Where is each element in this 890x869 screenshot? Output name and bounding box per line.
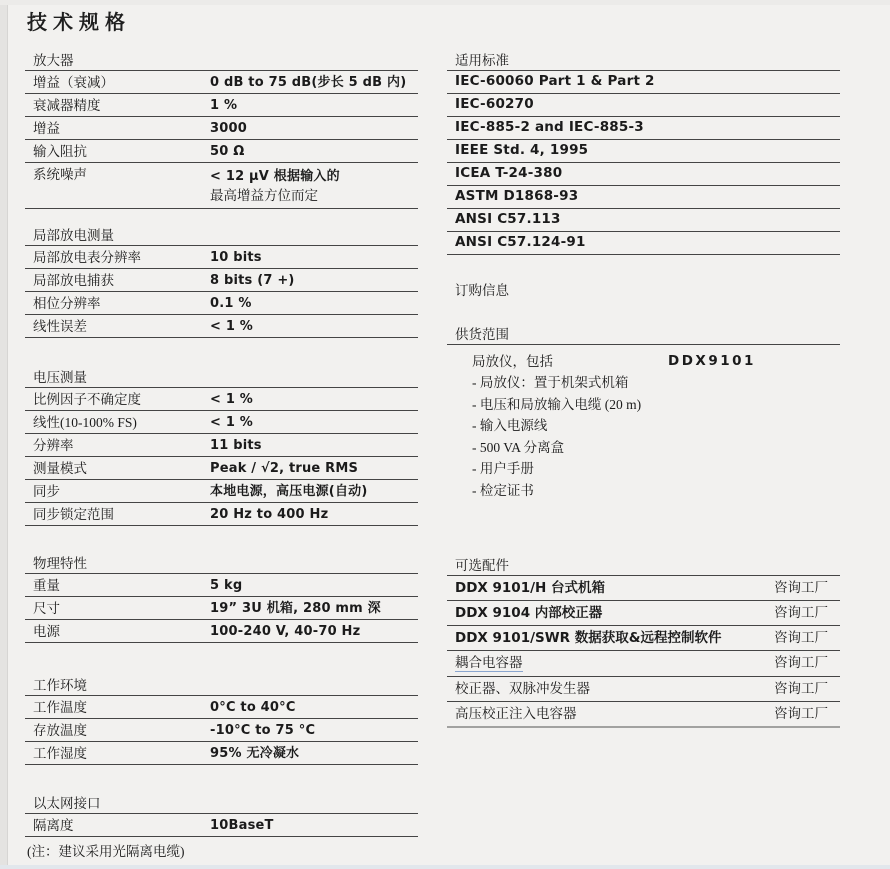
supply-lead-label: 局放仪，包括 [472,353,668,370]
spec-value: 0°C to 40°C [210,700,296,715]
standards-item: ANSI C57.113 [447,209,840,232]
spec-row: 输入阻抗 50 Ω [25,140,418,163]
spec-value: 0 dB to 75 dB(步长 5 dB 内) [210,75,406,90]
spec-label: 线性误差 [33,319,210,334]
accessory-value: 咨询工厂 [774,706,828,722]
spec-label: 局部放电捕获 [33,273,210,288]
spec-value: 3000 [210,121,247,136]
spec-value: 50 Ω [210,144,244,159]
spec-row: 局部放电表分辨率 10 bits [25,246,418,269]
section-pd-measurement: 局部放电测量 局部放电表分辨率 10 bits 局部放电捕获 8 bits (7… [25,228,418,338]
section-heading: 供货范围 [447,327,840,345]
spec-label: 增益（衰减） [33,75,210,90]
spec-label: 衰减器精度 [33,98,210,113]
spec-label: 局部放电表分辨率 [33,250,210,265]
page-title: 技术规格 [27,12,890,34]
spec-value: < 12 μV 根据输入的 [210,167,340,186]
spec-value: < 1 % [210,392,253,407]
accessory-value: 咨询工厂 [774,605,828,621]
spec-row: 工作温度 0°C to 40°C [25,696,418,719]
spec-row: 电源 100-240 V, 40-70 Hz [25,620,418,643]
spec-row: 隔离度 10BaseT [25,814,418,837]
accessory-value: 咨询工厂 [774,630,828,646]
section-heading: 适用标准 [447,53,840,71]
standards-item: IEEE Std. 4, 1995 [447,140,840,163]
spec-label: 增益 [33,121,210,136]
spec-row: 衰减器精度 1 % [25,94,418,117]
spec-value: 10 bits [210,250,262,265]
supply-item: - 输入电源线 [472,415,840,437]
accessory-label: 高压校正注入电容器 [455,706,577,722]
accessory-row: 高压校正注入电容器 咨询工厂 [447,702,840,728]
section-supply: 供货范围 局放仪，包括 DDX9101 - 局放仪：置于机架式机箱 - 电压和局… [447,327,840,502]
section-standards: 适用标准 IEC-60060 Part 1 & Part 2 IEC-60270… [447,53,840,255]
section-heading: 工作环境 [25,678,418,696]
spec-label: 同步 [33,484,210,499]
spec-label: 工作温度 [33,700,210,715]
accessory-label: DDX 9104 内部校正器 [455,605,602,621]
spec-label: 线性(10-100% FS) [33,415,210,430]
spec-value: Peak / √2, true RMS [210,461,358,476]
spec-columns: 放大器 增益（衰减） 0 dB to 75 dB(步长 5 dB 内) 衰减器精… [0,53,890,860]
spec-row: 增益 3000 [25,117,418,140]
section-heading: 可选配件 [447,558,840,576]
supply-item: - 500 VA 分离盒 [472,437,840,459]
footnote: (注：建议采用光隔离电缆) [25,843,418,860]
spec-label: 工作湿度 [33,746,210,761]
spec-label: 尺寸 [33,601,210,616]
spec-label: 存放温度 [33,723,210,738]
section-accessories: 可选配件 DDX 9101/H 台式机箱 咨询工厂 DDX 9104 内部校正器… [447,558,840,728]
spec-value: 0.1 % [210,296,252,311]
spec-value: 100-240 V, 40-70 Hz [210,624,360,639]
page-edge-bottom [0,865,890,869]
section-heading: 局部放电测量 [25,228,418,246]
spec-row: 测量模式 Peak / √2, true RMS [25,457,418,480]
spec-value: 1 % [210,98,237,113]
section-amplifier: 放大器 增益（衰减） 0 dB to 75 dB(步长 5 dB 内) 衰减器精… [25,53,418,209]
section-voltage-measurement: 电压测量 比例因子不确定度 < 1 % 线性(10-100% FS) < 1 %… [25,370,418,526]
spec-label: 比例因子不确定度 [33,392,210,407]
spec-label: 隔离度 [33,818,210,833]
accessory-label: DDX 9101/H 台式机箱 [455,580,605,596]
left-column: 放大器 增益（衰减） 0 dB to 75 dB(步长 5 dB 内) 衰减器精… [25,53,418,860]
spec-page: 技术规格 放大器 增益（衰减） 0 dB to 75 dB(步长 5 dB 内)… [0,12,890,860]
ordering-heading: 订购信息 [447,282,840,299]
spec-value: < 1 % [210,319,253,334]
spec-value: 8 bits (7 +) [210,273,295,288]
supply-item: - 检定证书 [472,480,840,502]
accessory-label: 校正器、双脉冲发生器 [455,681,590,697]
spec-value: 5 kg [210,578,242,593]
spec-value-line2: 最高增益方位而定 [210,186,340,205]
spec-value: 19” 3U 机箱, 280 mm 深 [210,601,381,616]
spec-label: 系统噪声 [33,167,210,205]
supply-item: - 电压和局放输入电缆 (20 m) [472,394,840,416]
section-heading: 放大器 [25,53,418,71]
spec-row: 比例因子不确定度 < 1 % [25,388,418,411]
accessory-label: DDX 9101/SWR 数据获取&远程控制软件 [455,630,722,646]
section-ethernet: 以太网接口 隔离度 10BaseT [25,796,418,837]
spec-row: 存放温度 -10°C to 75 °C [25,719,418,742]
spec-value: 本地电源，高压电源(自动) [210,484,367,499]
accessory-value: 咨询工厂 [774,655,828,671]
spec-row: 同步 本地电源，高压电源(自动) [25,480,418,503]
spec-row: 相位分辨率 0.1 % [25,292,418,315]
accessory-value: 咨询工厂 [774,580,828,596]
spec-label: 同步锁定范围 [33,507,210,522]
section-heading: 以太网接口 [25,796,418,814]
page-edge-top [0,0,890,5]
spec-row: 重量 5 kg [25,574,418,597]
supply-item: - 局放仪：置于机架式机箱 [472,372,840,394]
spec-label: 分辨率 [33,438,210,453]
spec-value: 11 bits [210,438,262,453]
standards-item: ANSI C57.124-91 [447,232,840,255]
section-heading: 电压测量 [25,370,418,388]
spec-label: 输入阻抗 [33,144,210,159]
spec-row: 增益（衰减） 0 dB to 75 dB(步长 5 dB 内) [25,71,418,94]
spec-row: 线性误差 < 1 % [25,315,418,338]
supply-lead-row: 局放仪，包括 DDX9101 [447,345,840,372]
spec-row: 同步锁定范围 20 Hz to 400 Hz [25,503,418,526]
spec-value: < 1 % [210,415,253,430]
accessory-row: DDX 9104 内部校正器 咨询工厂 [447,601,840,626]
spec-label: 测量模式 [33,461,210,476]
spec-row: 系统噪声 < 12 μV 根据输入的 最高增益方位而定 [25,163,418,209]
spec-row: 尺寸 19” 3U 机箱, 280 mm 深 [25,597,418,620]
spec-row: 局部放电捕获 8 bits (7 +) [25,269,418,292]
standards-item: IEC-885-2 and IEC-885-3 [447,117,840,140]
spec-value: 10BaseT [210,818,274,833]
accessory-value: 咨询工厂 [774,681,828,697]
spec-value: 95% 无冷凝水 [210,746,299,761]
standards-item: ICEA T-24-380 [447,163,840,186]
spec-label: 相位分辨率 [33,296,210,311]
spec-row: 分辨率 11 bits [25,434,418,457]
accessory-label: 耦合电容器 [455,655,523,672]
right-column: 适用标准 IEC-60060 Part 1 & Part 2 IEC-60270… [447,53,840,728]
spec-row: 工作湿度 95% 无冷凝水 [25,742,418,765]
spec-value: 20 Hz to 400 Hz [210,507,328,522]
spec-value-block: < 12 μV 根据输入的 最高增益方位而定 [210,167,340,205]
section-heading: 物理特性 [25,556,418,574]
accessory-row: DDX 9101/H 台式机箱 咨询工厂 [447,576,840,601]
standards-item: IEC-60270 [447,94,840,117]
accessory-row: 校正器、双脉冲发生器 咨询工厂 [447,677,840,702]
spec-label: 重量 [33,578,210,593]
supply-item-list: - 局放仪：置于机架式机箱 - 电压和局放输入电缆 (20 m) - 输入电源线… [447,372,840,502]
spec-value: -10°C to 75 °C [210,723,315,738]
supply-lead-value: DDX9101 [668,353,756,370]
supply-item: - 用户手册 [472,458,840,480]
spec-label: 电源 [33,624,210,639]
section-environment: 工作环境 工作温度 0°C to 40°C 存放温度 -10°C to 75 °… [25,678,418,765]
spec-row: 线性(10-100% FS) < 1 % [25,411,418,434]
accessory-row: DDX 9101/SWR 数据获取&远程控制软件 咨询工厂 [447,626,840,651]
accessory-row: 耦合电容器 咨询工厂 [447,651,840,677]
section-physical: 物理特性 重量 5 kg 尺寸 19” 3U 机箱, 280 mm 深 电源 1… [25,556,418,643]
standards-item: ASTM D1868-93 [447,186,840,209]
standards-item: IEC-60060 Part 1 & Part 2 [447,71,840,94]
